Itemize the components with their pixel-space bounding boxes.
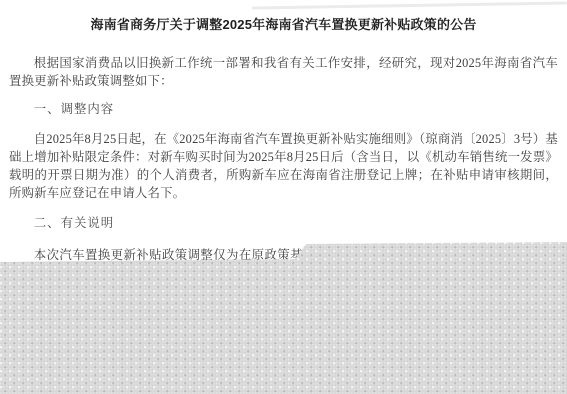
section-heading-adjustment-content: 一、调整内容 — [9, 100, 558, 118]
intro-paragraph: 根据国家消费品以旧换新工作统一部署和我省有关工作安排，经研究，现对2025年海南… — [9, 54, 558, 90]
obscured-region-overlay — [0, 242, 567, 394]
section-heading-related-notes: 二、有关说明 — [9, 214, 558, 232]
scan-artifact-line — [252, 2, 567, 10]
announcement-document: 海南省商务厅关于调整2025年海南省汽车置换更新补贴政策的公告 根据国家消费品以… — [0, 0, 567, 394]
page-title: 海南省商务厅关于调整2025年海南省汽车置换更新补贴政策的公告 — [42, 16, 525, 34]
section-body-adjustment-content: 自2025年8月25日起，在《2025年海南省汽车置换更新补贴实施细则》（琼商消… — [9, 130, 558, 202]
